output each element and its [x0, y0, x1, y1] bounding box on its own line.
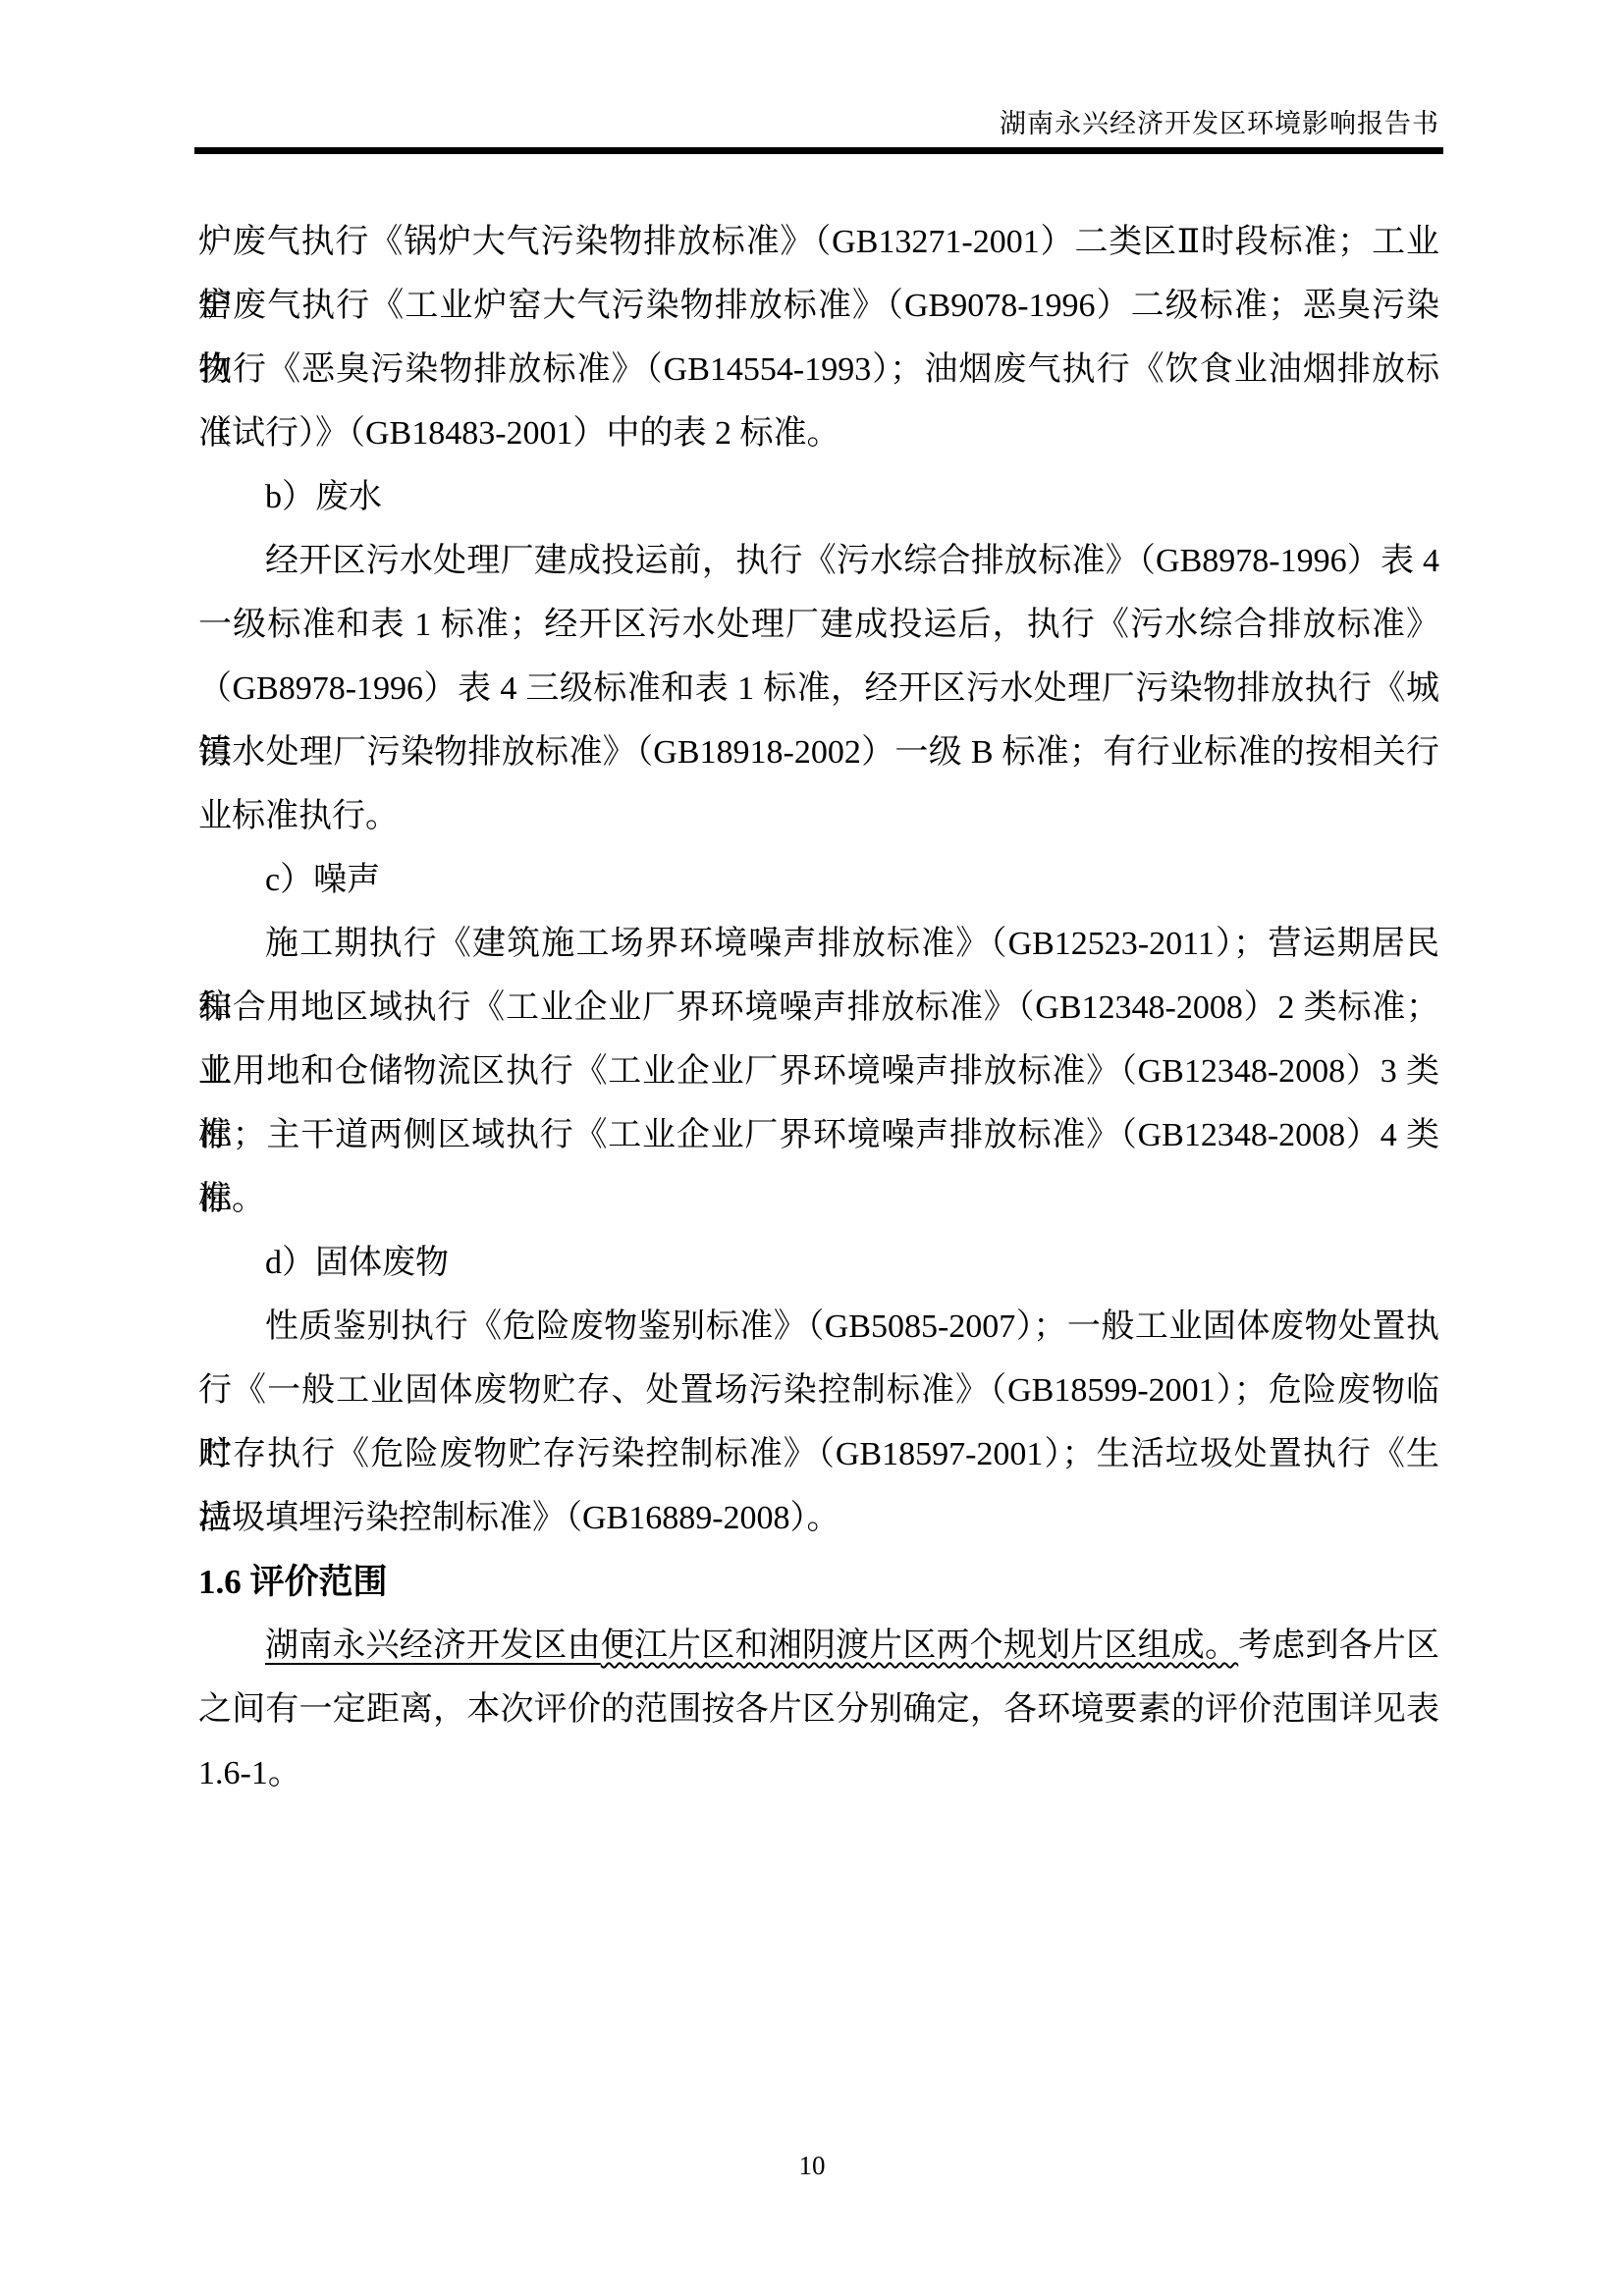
text-segment: 业标准执行。: [198, 798, 399, 834]
text-segment: 准。: [198, 1181, 265, 1217]
body-line: 之间有一定距离，本次评价的范围按各片区分别确定，各环境要素的评价范围详见表: [198, 1678, 1439, 1741]
page-number: 10: [0, 2148, 1624, 2183]
underlined-text: 湖南永兴经济开发区由: [265, 1628, 601, 1664]
section-heading: 1.6 评价范围: [198, 1550, 1439, 1614]
text-segment: c）噪声: [265, 862, 380, 898]
body-line: 施工期执行《建筑施工场界环境噪声排放标准》（GB12523-2011）；营运期居…: [198, 912, 1439, 976]
text-segment: d）固体废物: [265, 1245, 449, 1281]
body-line: 业标准执行。: [198, 784, 1439, 848]
text-segment: 性质鉴别执行《危险废物鉴别标准》（GB5085-2007）；一般工业固体废物处置…: [265, 1308, 1439, 1345]
text-segment: 考虑到各片区: [1238, 1628, 1439, 1664]
document-body: 炉废气执行《锅炉大气污染物排放标准》（GB13271-2001）二类区Ⅱ时段标准…: [198, 210, 1439, 1805]
body-line: 业用地和仓储物流区执行《工业企业厂界环境噪声排放标准》（GB12348-2008…: [198, 1040, 1439, 1103]
wavy-underlined-text: 便江片区和湘阴渡片区两个规划片区组成。: [601, 1628, 1238, 1664]
body-line: 窑废气执行《工业炉窑大气污染物排放标准》（GB9078-1996）二级标准；恶臭…: [198, 274, 1439, 338]
body-line: 行《一般工业固体废物贮存、处置场污染控制标准》（GB18599-2001）；危险…: [198, 1359, 1439, 1422]
body-line: d）固体废物: [198, 1231, 1439, 1295]
body-line: 垃圾填埋污染控制标准》（GB16889-2008）。: [198, 1486, 1439, 1550]
body-line: 准；主干道两侧区域执行《工业企业厂界环境噪声排放标准》（GB12348-2008…: [198, 1103, 1439, 1167]
body-line: 1.6-1。: [198, 1741, 1439, 1805]
body-line: （GB8978-1996）表 4 三级标准和表 1 标准，经开区污水处理厂污染物…: [198, 657, 1439, 721]
text-segment: 1.6-1。: [198, 1755, 301, 1791]
text-segment: 一级标准和表 1 标准；经开区污水处理厂建成投运后，执行《污水综合排放标准》: [198, 607, 1439, 643]
text-segment: 之间有一定距离，本次评价的范围按各片区分别确定，各环境要素的评价范围详见表: [198, 1691, 1439, 1728]
text-segment: 经开区污水处理厂建成投运前，执行《污水综合排放标准》（GB8978-1996）表…: [265, 543, 1439, 579]
body-line: 经开区污水处理厂建成投运前，执行《污水综合排放标准》（GB8978-1996）表…: [198, 529, 1439, 593]
body-line: 准。: [198, 1167, 1439, 1231]
body-line: 性质鉴别执行《危险废物鉴别标准》（GB5085-2007）；一般工业固体废物处置…: [198, 1295, 1439, 1359]
body-line: 污水处理厂污染物排放标准》（GB18918-2002）一级 B 标准；有行业标准…: [198, 721, 1439, 784]
text-segment: 污水处理厂污染物排放标准》（GB18918-2002）一级 B 标准；有行业标准…: [198, 734, 1439, 771]
text-segment: （试行）》（GB18483-2001）中的表 2 标准。: [198, 415, 840, 452]
text-segment: b）废水: [265, 479, 382, 515]
body-line: 炉废气执行《锅炉大气污染物排放标准》（GB13271-2001）二类区Ⅱ时段标准…: [198, 210, 1439, 274]
body-line: （试行）》（GB18483-2001）中的表 2 标准。: [198, 401, 1439, 465]
text-segment: 1.6 评价范围: [198, 1563, 388, 1601]
header-rule: [194, 147, 1443, 154]
body-line: 贮存执行《危险废物贮存污染控制标准》（GB18597-2001）；生活垃圾处置执…: [198, 1422, 1439, 1486]
body-line: 一级标准和表 1 标准；经开区污水处理厂建成投运后，执行《污水综合排放标准》: [198, 593, 1439, 657]
body-line: c）噪声: [198, 848, 1439, 912]
page-header-title: 湖南永兴经济开发区环境影响报告书: [194, 106, 1439, 141]
body-line: 湖南永兴经济开发区由便江片区和湘阴渡片区两个规划片区组成。考虑到各片区: [198, 1614, 1439, 1678]
body-line: 执行《恶臭污染物排放标准》（GB14554-1993）；油烟废气执行《饮食业油烟…: [198, 338, 1439, 401]
text-segment: 垃圾填埋污染控制标准》（GB16889-2008）。: [198, 1500, 840, 1536]
document-page: 湖南永兴经济开发区环境影响报告书 炉废气执行《锅炉大气污染物排放标准》（GB13…: [0, 0, 1624, 2296]
body-line: b）废水: [198, 465, 1439, 529]
body-line: 综合用地区域执行《工业企业厂界环境噪声排放标准》（GB12348-2008）2 …: [198, 976, 1439, 1040]
